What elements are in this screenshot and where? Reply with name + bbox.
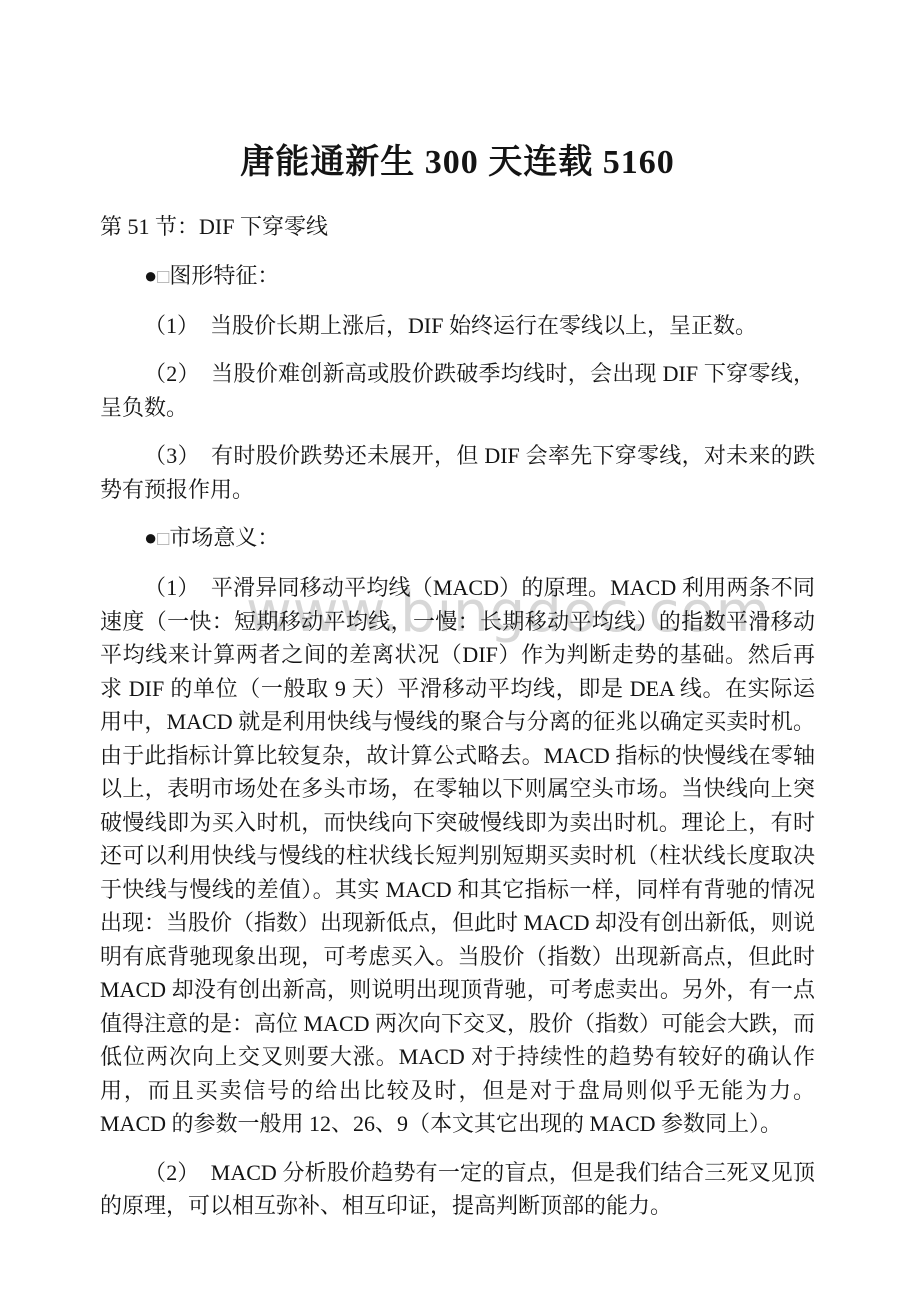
- section-heading: 第 51 节：DIF 下穿零线: [100, 210, 815, 243]
- feature-bullet-line: ●□图形特征：: [100, 259, 815, 294]
- document-title: 唐能通新生 300 天连载 5160: [100, 140, 815, 186]
- feature-item-1: （1） 当股价长期上涨后，DIF 始终运行在零线以上，呈正数。: [100, 309, 815, 343]
- document-page: www.bingdoc.com 唐能通新生 300 天连载 5160 第 51 …: [0, 0, 915, 1297]
- meaning-bullet-label: 市场意义：: [169, 525, 279, 550]
- feature-item-2: （2） 当股价难创新高或股价跌破季均线时，会出现 DIF 下穿零线，呈负数。: [100, 357, 815, 424]
- bullet-dot-icon: ●: [144, 263, 157, 288]
- meaning-item-2: （2） MACD 分析股价趋势有一定的盲点，但是我们结合三死叉见顶的原理，可以相…: [100, 1156, 815, 1223]
- feature-bullet-label: 图形特征：: [169, 263, 279, 288]
- missing-glyph-box-icon: □: [157, 528, 169, 550]
- document-content: 唐能通新生 300 天连载 5160 第 51 节：DIF 下穿零线 ●□图形特…: [0, 0, 915, 1223]
- meaning-bullet-line: ●□市场意义：: [100, 521, 815, 556]
- meaning-item-1: （1） 平滑异同移动平均线（MACD）的原理。MACD 利用两条不同速度（一快：…: [100, 571, 815, 1141]
- missing-glyph-box-icon: □: [157, 266, 169, 288]
- bullet-dot-icon: ●: [144, 525, 157, 550]
- feature-item-3: （3） 有时股价跌势还未展开，但 DIF 会率先下穿零线，对未来的跌势有预报作用…: [100, 439, 815, 506]
